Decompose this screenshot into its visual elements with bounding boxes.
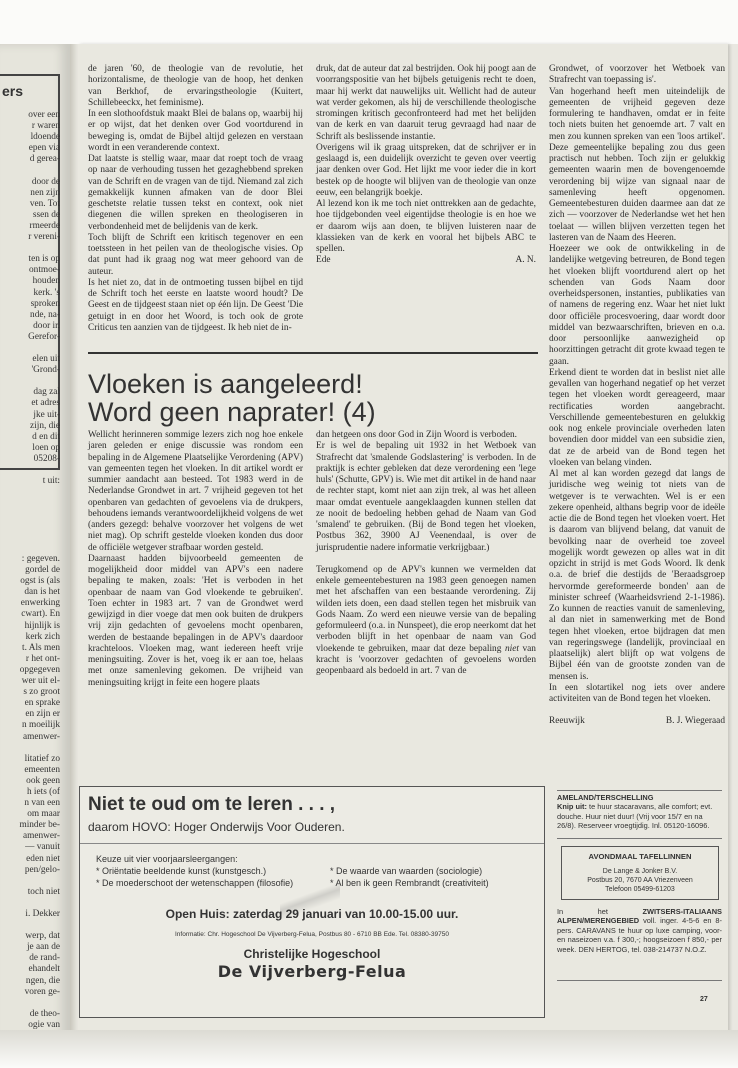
article-column-1: Wellicht herinneren sommige lezers zich … (88, 430, 303, 689)
paragraph: Is het niet zo, dat in de ontmoeting tus… (88, 278, 303, 334)
classified-divider (557, 838, 722, 839)
review-place: Ede (316, 255, 331, 266)
ad-divider (80, 843, 544, 844)
review-initials: A. N. (515, 255, 536, 266)
paragraph: Al met al kan worden gezegd dat langs de… (549, 469, 725, 683)
paragraph: Erkend dient te worden dat in beslist ni… (549, 368, 725, 469)
paragraph: de jaren '60, de theologie van de revolu… (88, 64, 303, 109)
article-author: B. J. Wiegeraad (666, 716, 725, 727)
emphasis: niet (505, 644, 519, 654)
classified-line: Postbus 20, 7670 AA Vriezenveen (562, 876, 718, 885)
course-intro: Keuze uit vier voorjaarsleergangen: (96, 853, 293, 865)
page-gutter (70, 44, 78, 1044)
ad-subheadline: daarom HOVO: Hoger Onderwijs Voor Oudere… (88, 820, 345, 834)
classified-line: De Lange & Jonker B.V. (562, 867, 718, 876)
paragraph: In een slotartikel nog iets over andere … (549, 683, 725, 706)
classified-ameland: AMELAND/TERSCHELLING Knip uit: te huur s… (557, 793, 722, 831)
course-item: * De waarde van waarden (sociologie) (330, 865, 489, 877)
paragraph: Grondwet, of voorzover het Wetboek van S… (549, 64, 725, 87)
paragraph: Al lezend kon ik me toch niet onttrekken… (316, 199, 536, 255)
left-page-text-top: over een r waren ldoende epen via d gere… (28, 110, 60, 487)
course-list-right: * De waarde van waarden (sociologie) * A… (330, 865, 489, 889)
text-run: Terugkomend op de APV's kunnen we vermel… (316, 565, 536, 654)
classified-title: AMELAND/TERSCHELLING (557, 793, 722, 802)
review-column-1: de jaren '60, de theologie van de revolu… (88, 64, 303, 334)
left-facing-page: ers over een r waren ldoende epen via d … (0, 44, 71, 1044)
article-column-3: Grondwet, of voorzover het Wetboek van S… (549, 64, 725, 728)
scan-bottom-shade (0, 1030, 738, 1068)
page-number: 27 (700, 996, 708, 1003)
section-divider (88, 352, 538, 354)
school-name-line-1: Christelijke Hogeschool (80, 947, 544, 961)
paragraph: Toch blijft de Schrift een kritisch tege… (88, 233, 303, 278)
course-list-left: Keuze uit vier voorjaarsleergangen: * Or… (96, 853, 293, 889)
article-column-2: dan hetgeen ons door God in Zijn Woord i… (316, 430, 536, 677)
classified-title: AVONDMAAL TAFELLINNEN (562, 852, 718, 861)
paragraph: Hoezeer we ook de ontwikkeling in de lan… (549, 244, 725, 368)
paragraph: Dat laatste is stellig waar, maar dat ro… (88, 154, 303, 233)
article-place: Reeuwijk (549, 716, 585, 727)
open-house-text: Open Huis: zaterdag 29 januari van 10.00… (80, 907, 544, 921)
left-page-heading-fragment: ers (2, 86, 23, 97)
paragraph: Terugkomend op de APV's kunnen we vermel… (316, 565, 536, 678)
course-item: * De moederschoot der wetenschappen (fil… (96, 877, 293, 889)
classified-avondmaal: AVONDMAAL TAFELLINNEN De Lange & Jonker … (561, 846, 719, 900)
review-column-2: druk, dat de auteur dat zal bestrijden. … (316, 64, 536, 267)
paragraph: Wellicht herinneren sommige lezers zich … (88, 430, 303, 554)
classified-zwitsers: In het ZWITSERS-ITALIAANS ALPEN/MERENGEB… (557, 907, 722, 954)
left-page-text-bottom: : gegeven. gordel de ogst is (als dan is… (19, 554, 60, 1031)
hovo-advertisement: Niet te oud om te leren . . . , daarom H… (79, 786, 545, 1018)
review-signature: Ede A. N. (316, 255, 536, 266)
classified-lead: Knip uit: (557, 802, 587, 811)
course-item: * Oriëntatie beeldende kunst (kunstgesch… (96, 865, 293, 877)
paragraph: Van hogerhand heeft men uiteindelijk de … (549, 87, 725, 245)
article-title-line-1: Vloeken is aangeleerd! (88, 370, 376, 398)
article-title-line-2: Word geen naprater! (4) (88, 398, 376, 426)
classified-divider (557, 980, 722, 981)
contact-info: Informatie: Chr. Hogeschool De Vijverber… (80, 931, 544, 938)
classified-divider (557, 790, 722, 791)
school-name-line-2: De Vijverberg-Felua (80, 962, 544, 981)
paragraph: Er is wel de bepaling uit 1932 in het We… (316, 441, 536, 554)
ad-headline: Niet te oud om te leren . . . , (88, 794, 335, 816)
classified-line: Telefoon 05499-61203 (562, 885, 718, 894)
classified-pre: In het (557, 907, 608, 916)
article-title: Vloeken is aangeleerd! Word geen naprate… (88, 370, 376, 426)
article-signature: Reeuwijk B. J. Wiegeraad (549, 716, 725, 727)
paragraph: Daarnaast hadden bijvoorbeeld gemeenten … (88, 554, 303, 689)
paragraph: druk, dat de auteur dat zal bestrijden. … (316, 64, 536, 143)
paragraph: Overigens wil ik graag uitspreken, dat d… (316, 143, 536, 199)
paragraph: In een slothoofdstuk maakt Blei de balan… (88, 109, 303, 154)
paragraph: dan hetgeen ons door God in Zijn Woord i… (316, 430, 536, 441)
course-item: * Al ben ik geen Rembrandt (creativiteit… (330, 877, 489, 889)
